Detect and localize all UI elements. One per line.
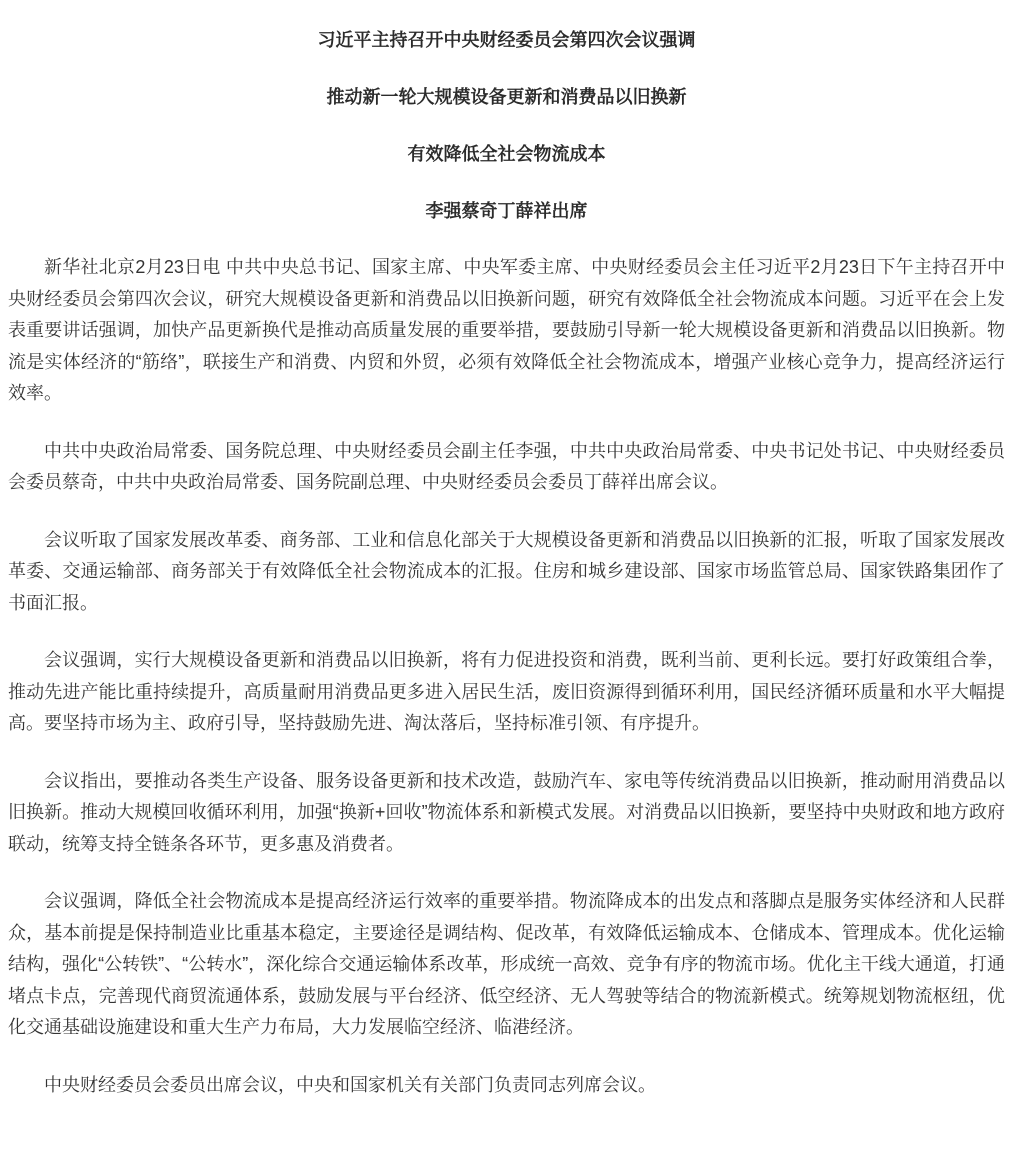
article-paragraph-5: 会议指出，要推动各类生产设备、服务设备更新和技术改造，鼓励汽车、家电等传统消费品… bbox=[8, 766, 1005, 861]
article-paragraph-3: 会议听取了国家发展改革委、商务部、工业和信息化部关于大规模设备更新和消费品以旧换… bbox=[8, 525, 1005, 620]
article-paragraph-1: 新华社北京2月23日电 中共中央总书记、国家主席、中央军委主席、中央财经委员会主… bbox=[8, 252, 1005, 410]
article-headline-3: 有效降低全社会物流成本 bbox=[8, 138, 1005, 171]
article-headline-2: 推动新一轮大规模设备更新和消费品以旧换新 bbox=[8, 81, 1005, 114]
article-headline-4: 李强蔡奇丁薛祥出席 bbox=[8, 195, 1005, 228]
article-body: 习近平主持召开中央财经委员会第四次会议强调 推动新一轮大规模设备更新和消费品以旧… bbox=[8, 24, 1005, 1101]
article-paragraph-4: 会议强调，实行大规模设备更新和消费品以旧换新，将有力促进投资和消费，既利当前、更… bbox=[8, 645, 1005, 740]
article-headline-1: 习近平主持召开中央财经委员会第四次会议强调 bbox=[8, 24, 1005, 57]
article-paragraph-6: 会议强调，降低全社会物流成本是提高经济运行效率的重要举措。物流降成本的出发点和落… bbox=[8, 886, 1005, 1044]
article-paragraph-7: 中央财经委员会委员出席会议，中央和国家机关有关部门负责同志列席会议。 bbox=[8, 1070, 1005, 1102]
article-paragraph-2: 中共中央政治局常委、国务院总理、中央财经委员会副主任李强，中共中央政治局常委、中… bbox=[8, 436, 1005, 499]
